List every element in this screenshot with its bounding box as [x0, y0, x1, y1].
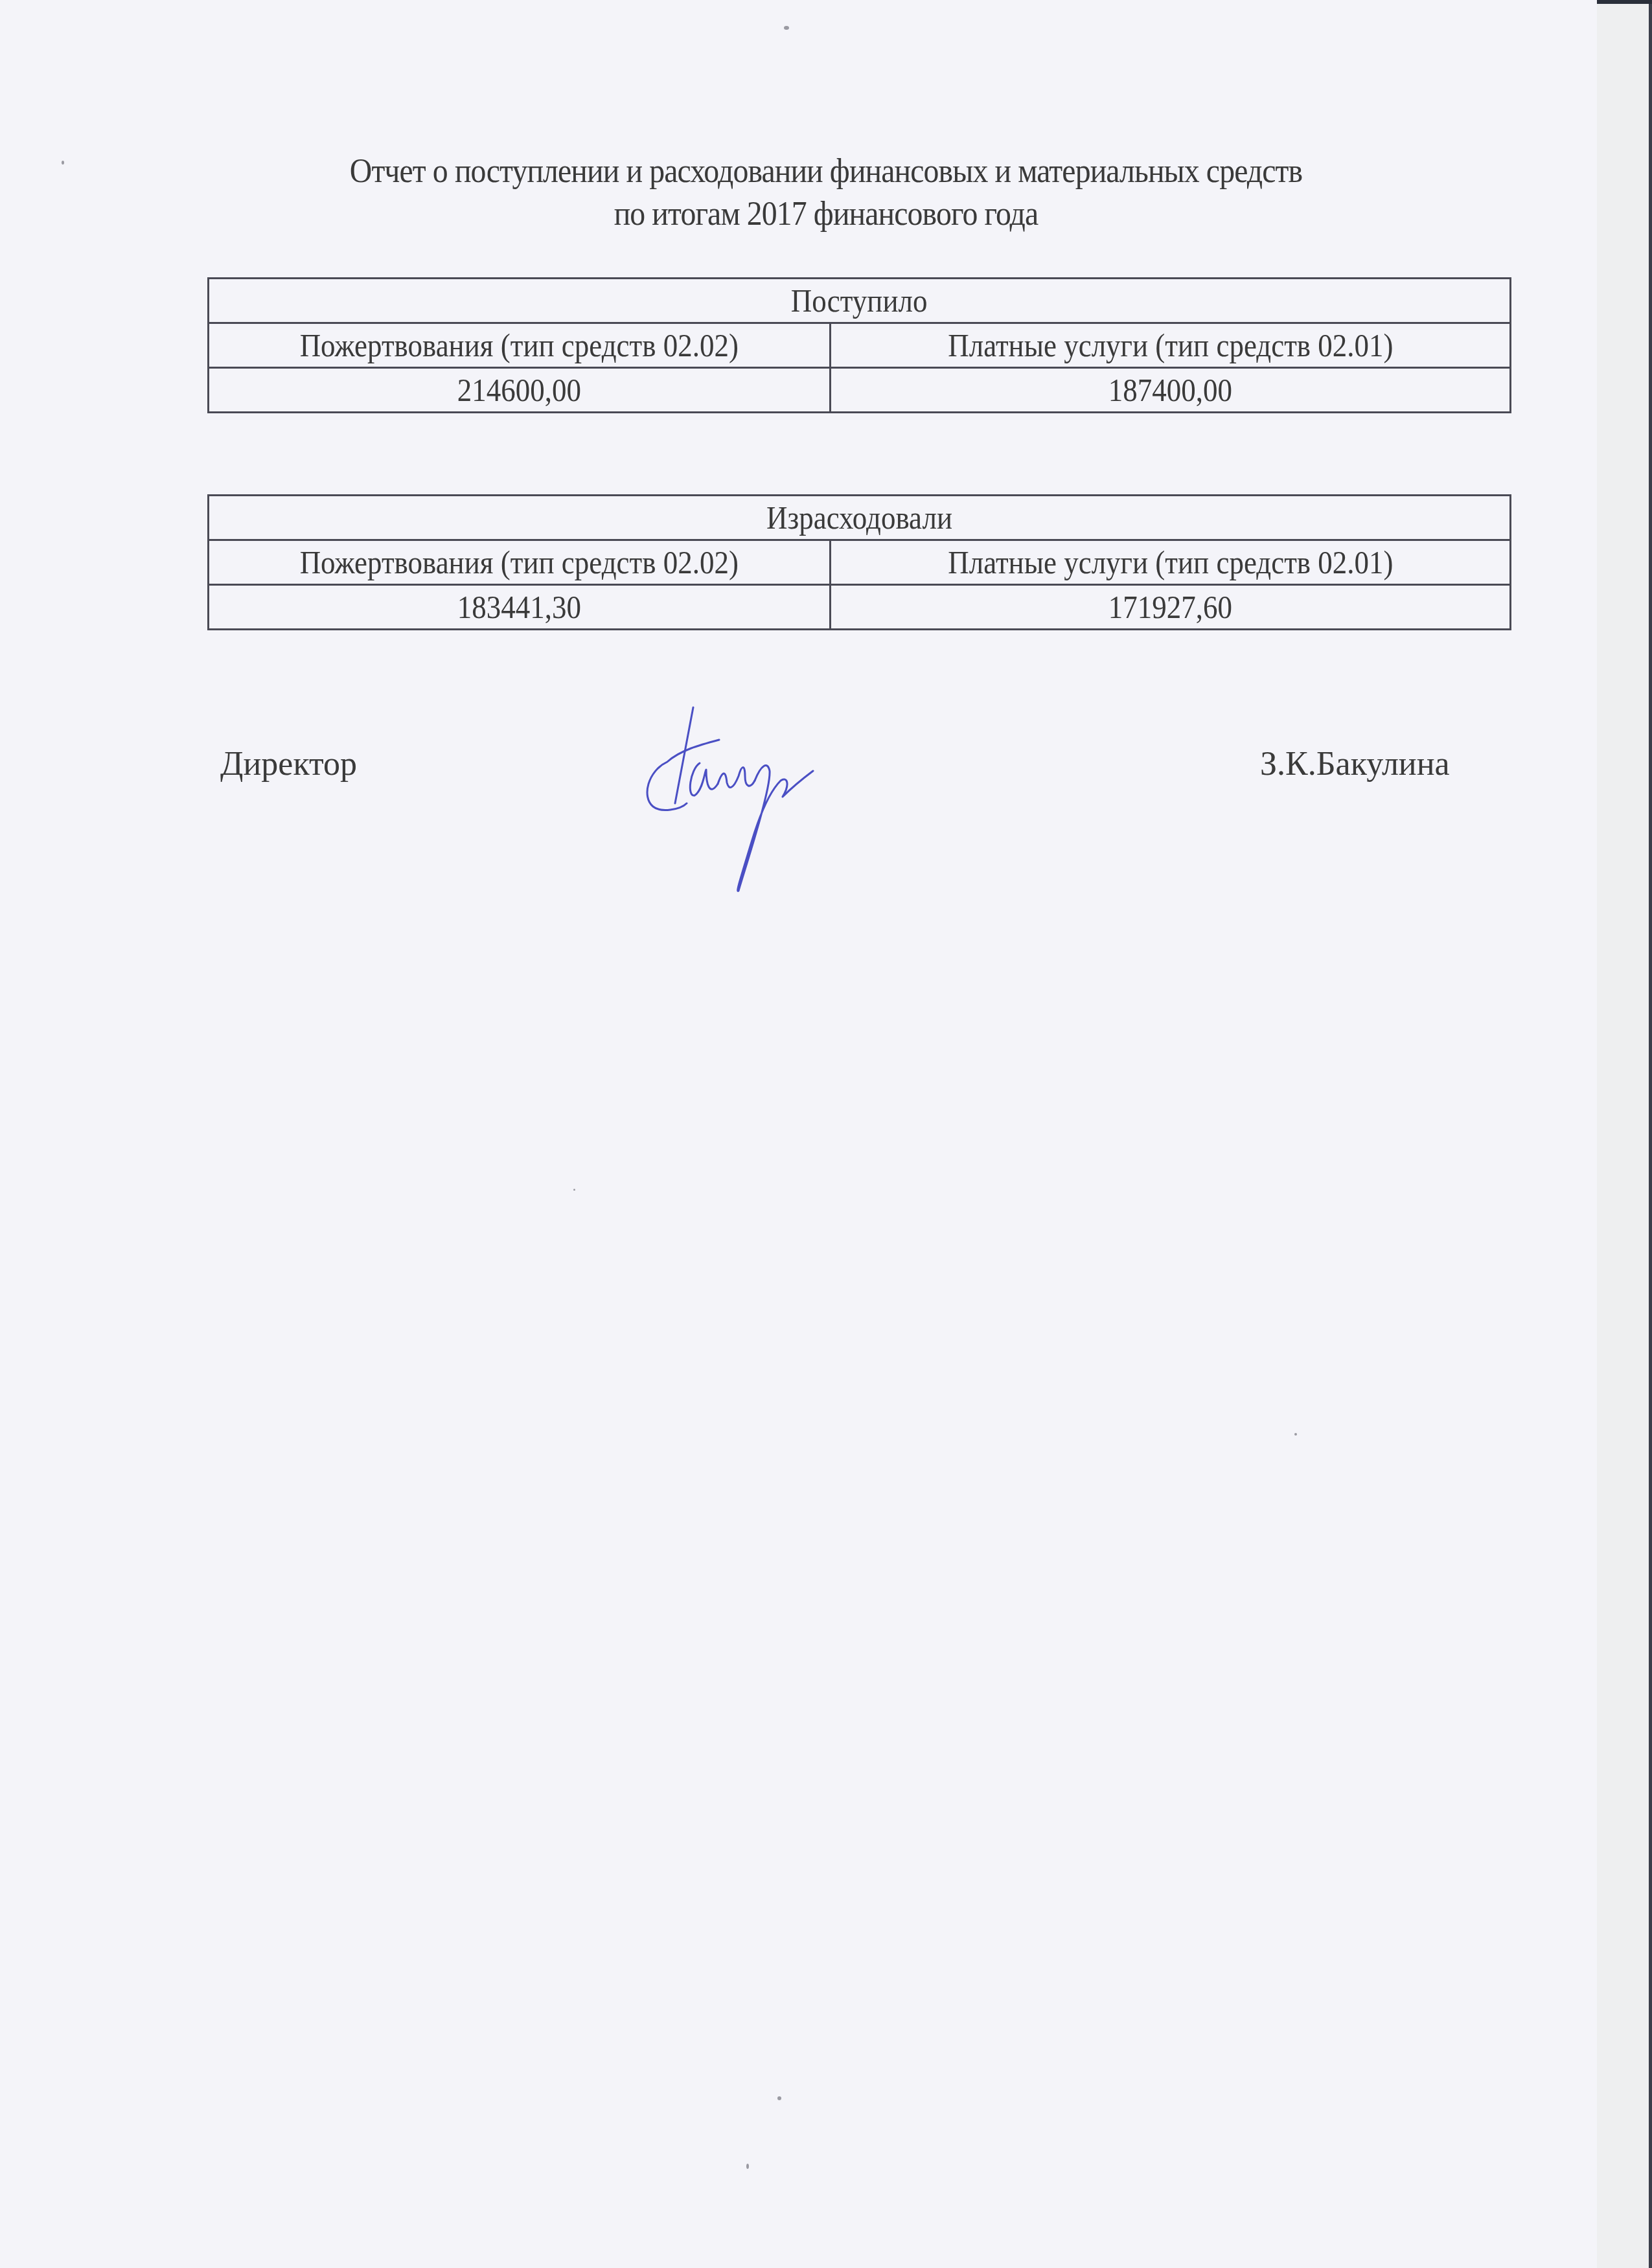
table-column-row: Пожертвования (тип средств 02.02) Платны… — [209, 323, 1511, 368]
spent-paid-services-value: 171927,60 — [831, 585, 1511, 630]
scan-speck — [573, 1189, 575, 1191]
scan-speck — [777, 2096, 781, 2100]
spent-donations-value: 183441,30 — [209, 585, 831, 630]
scan-corner-shadow — [1597, 0, 1652, 4]
column-donations: Пожертвования (тип средств 02.02) — [209, 540, 831, 585]
signature-strokes — [647, 707, 813, 891]
table-header-row: Поступило — [209, 279, 1511, 323]
title-line-2: по итогам 2017 финансового года — [66, 193, 1586, 236]
document-title: Отчет о поступлении и расходовании финан… — [66, 150, 1586, 236]
signer-position: Директор — [220, 745, 357, 783]
received-paid-services-value: 187400,00 — [831, 368, 1511, 413]
spent-table: Израсходовали Пожертвования (тип средств… — [207, 494, 1511, 630]
table-column-row: Пожертвования (тип средств 02.02) Платны… — [209, 540, 1511, 585]
table-row: 183441,30 171927,60 — [209, 585, 1511, 630]
table-header-row: Израсходовали — [209, 496, 1511, 540]
scan-page-edge — [1597, 0, 1649, 2268]
received-donations-value: 214600,00 — [209, 368, 831, 413]
handwritten-signature — [622, 700, 946, 894]
signer-name: З.К.Бакулина — [1260, 745, 1450, 783]
scan-speck — [784, 26, 789, 30]
scan-speck — [1294, 1433, 1297, 1436]
received-header: Поступило — [209, 279, 1511, 323]
scan-border-shadow — [1649, 0, 1652, 2268]
column-paid-services: Платные услуги (тип средств 02.01) — [831, 323, 1511, 368]
table-row: 214600,00 187400,00 — [209, 368, 1511, 413]
scan-speck — [746, 2164, 749, 2169]
scan-speck — [62, 161, 64, 165]
column-paid-services: Платные услуги (тип средств 02.01) — [831, 540, 1511, 585]
received-table: Поступило Пожертвования (тип средств 02.… — [207, 277, 1511, 413]
column-donations: Пожертвования (тип средств 02.02) — [209, 323, 831, 368]
title-line-1: Отчет о поступлении и расходовании финан… — [66, 150, 1586, 193]
spent-header: Израсходовали — [209, 496, 1511, 540]
